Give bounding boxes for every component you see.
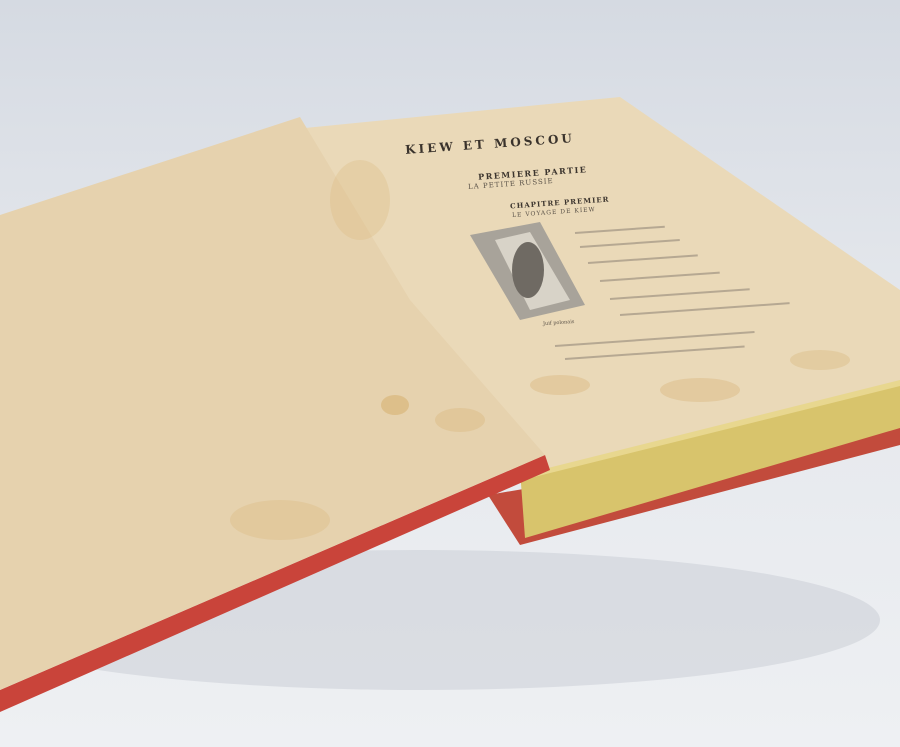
book-illustration xyxy=(0,0,900,747)
book-photo: KIEW ET MOSCOU PREMIERE PARTIE LA PETITE… xyxy=(0,0,900,747)
